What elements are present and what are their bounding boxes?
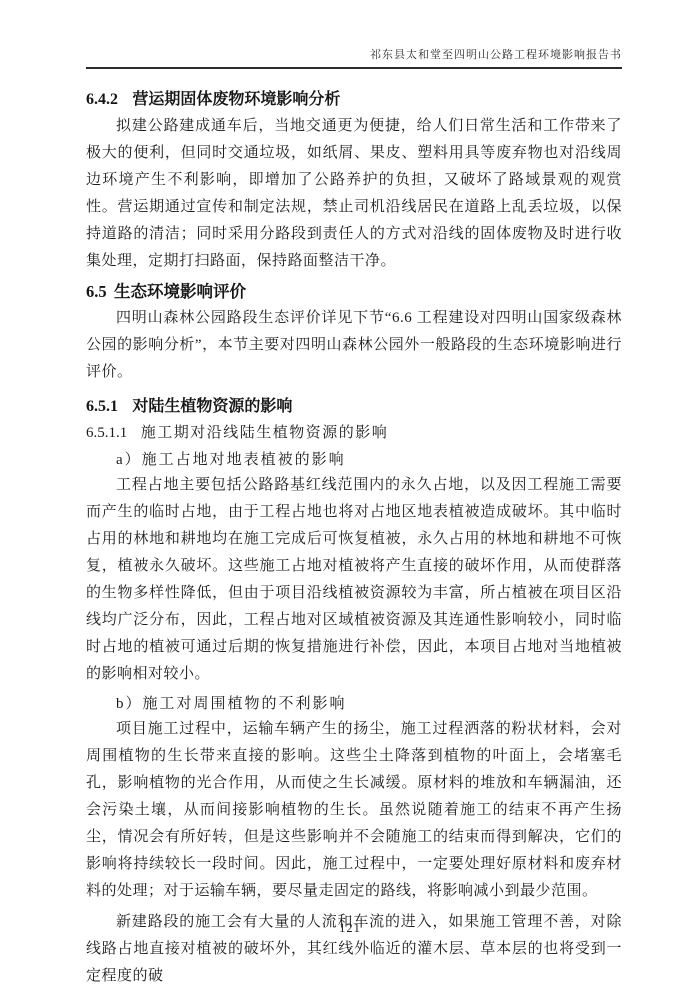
list-item-b: b）施工对周围植物的不利影响 (86, 694, 622, 715)
list-item-a: a）施工占地对地表植被的影响 (86, 450, 622, 471)
section-title: 生态环境影响评价 (114, 283, 246, 301)
report-page: 祁东县太和堂至四明山公路工程环境影响报告书 6.4.2营运期固体废物环境影响分析… (0, 0, 700, 990)
section-title: 施工期对沿线陆生植物资源的影响 (141, 425, 389, 441)
section-title: 对陆生植物资源的影响 (132, 398, 292, 415)
paragraph-land-occupation: 工程占地主要包括公路路基红线范围内的永久占地，以及因工程施工需要而产生的临时占地… (86, 472, 622, 688)
section-number: 6.5.1.1 (86, 425, 127, 441)
section-number: 6.5.1 (86, 398, 118, 415)
page-number: 121 (0, 921, 700, 936)
page-content: 6.4.2营运期固体废物环境影响分析 拟建公路建成通车后，当地交通更为便捷，给人… (86, 89, 622, 990)
section-number: 6.5 (86, 282, 107, 301)
paragraph-construction-dust: 项目施工过程中，运输车辆产生的扬尘，施工过程洒落的粉状材料，会对周围植物的生长带… (86, 716, 622, 905)
section-heading-6-5-1-1: 6.5.1.1施工期对沿线陆生植物资源的影响 (86, 423, 622, 444)
section-title: 营运期固体废物环境影响分析 (132, 91, 340, 108)
section-heading-6-4-2: 6.4.2营运期固体废物环境影响分析 (86, 89, 622, 111)
paragraph-operation-solid-waste: 拟建公路建成通车后，当地交通更为便捷，给人们日常生活和工作带来了极大的便利，但同… (86, 113, 622, 275)
running-header: 祁东县太和堂至四明山公路工程环境影响报告书 (86, 46, 622, 69)
running-header-title: 祁东县太和堂至四明山公路工程环境影响报告书 (370, 49, 622, 61)
section-heading-6-5-1: 6.5.1对陆生植物资源的影响 (86, 396, 622, 418)
paragraph-eco-eval-intro: 四明山森林公园路段生态评价详见下节“6.6 工程建设对四明山国家级森林公园的影响… (86, 305, 622, 386)
section-heading-6-5: 6.5生态环境影响评价 (86, 281, 622, 303)
section-number: 6.4.2 (86, 91, 118, 108)
